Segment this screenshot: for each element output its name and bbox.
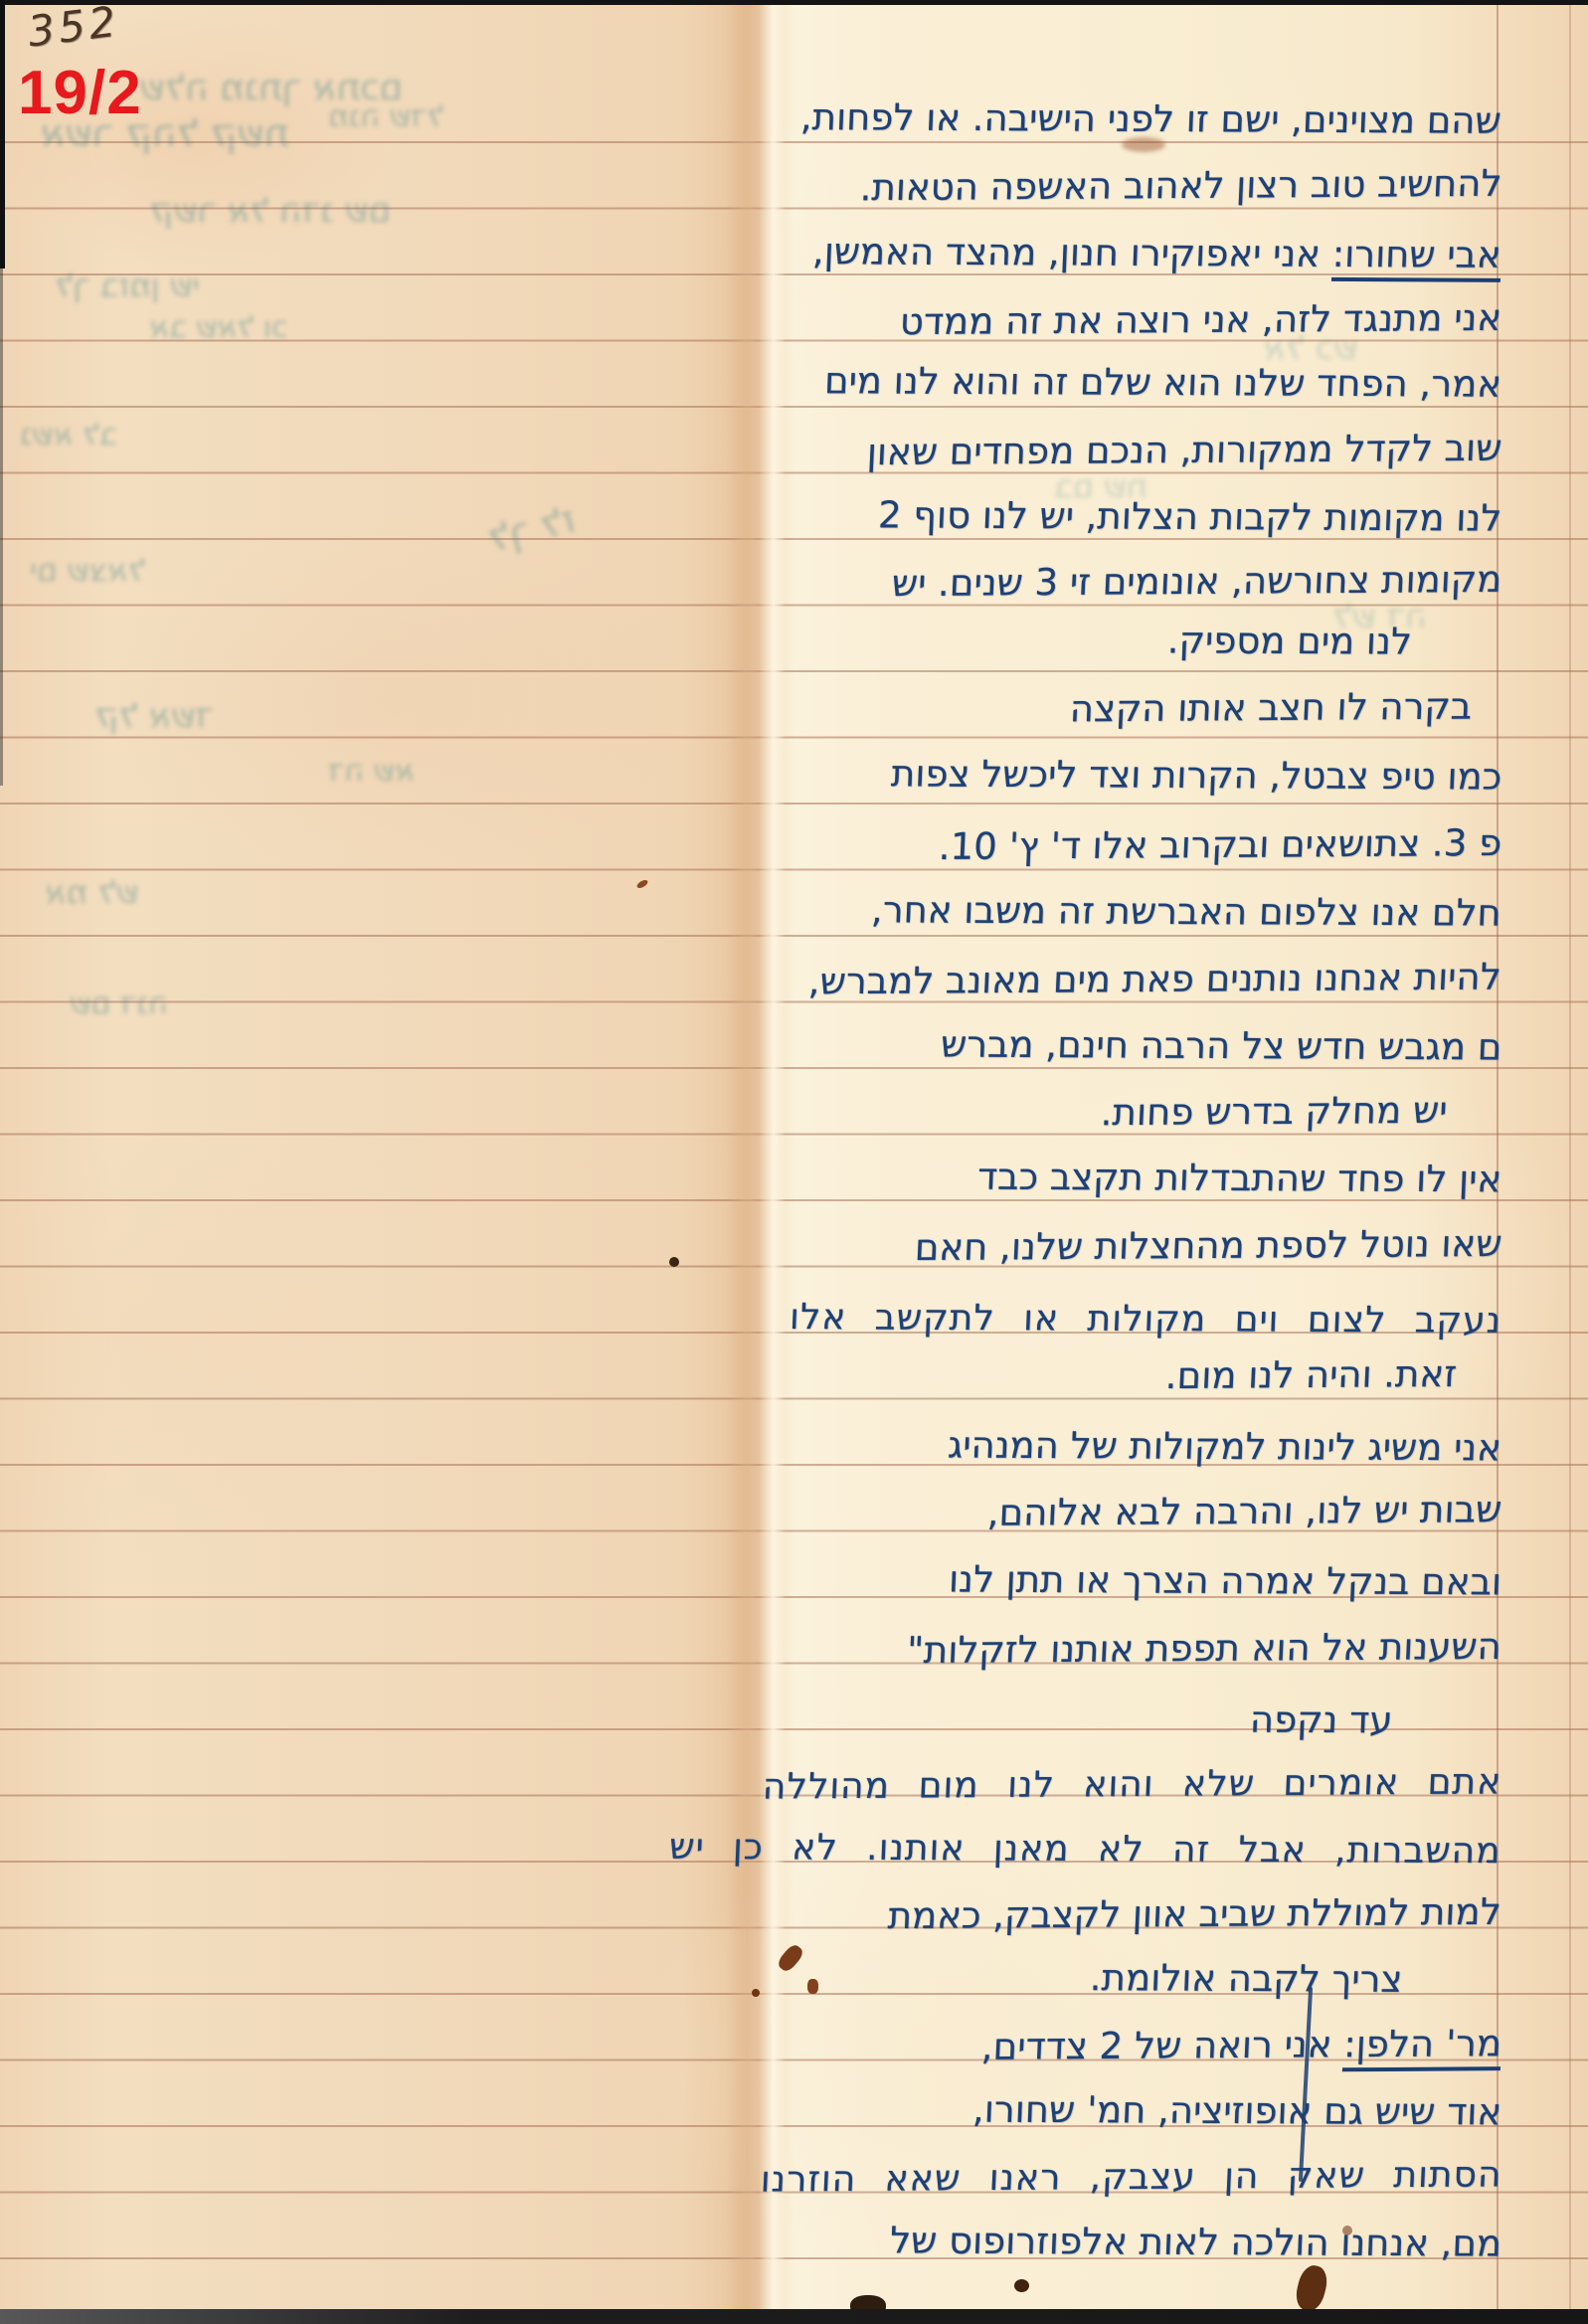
manuscript-line: הסתות שאק הן עצבק, ראנו שאא הוזרנו bbox=[759, 2144, 1502, 2211]
manuscript-line: שבות יש לנו, והרבה לבא אלוהם, bbox=[985, 1479, 1502, 1544]
manuscript-line: נעקב לצום וים מקולות או לתקשב אלו bbox=[789, 1287, 1503, 1352]
manuscript-line: ם מגבש חדש צל הרבה חינם, מברש bbox=[939, 1014, 1502, 1079]
archive-stamp: 19/2 bbox=[18, 58, 142, 128]
manuscript-line: שוב לקדל ממקורות, הנכם מפחדים שאון bbox=[865, 418, 1502, 483]
bleed-through-text: ים שצאל bbox=[30, 553, 145, 589]
ink-spot bbox=[669, 1257, 679, 1267]
bleed-through-text: שם דנה bbox=[70, 986, 168, 1021]
bleed-through-text: מנה שדל bbox=[328, 99, 443, 134]
manuscript-line: צריך לקבה אולומת. bbox=[1088, 1947, 1403, 2011]
manuscript-line: אני משיג לינות למקולות של המנהיג bbox=[947, 1415, 1502, 1480]
manuscript-line-text: אני יאפוקירו חנון, מהצד האמשן, bbox=[811, 230, 1332, 275]
scan-edge-bottom bbox=[0, 2309, 1588, 2324]
manuscript-line: כמו טיפ צבטל, הקרות וצד ליכשל צפות bbox=[889, 743, 1502, 807]
manuscript-line: אין לו פחד שהתבדלות תקצב כבד bbox=[976, 1147, 1503, 1211]
scan-edge-left-faint bbox=[0, 268, 3, 786]
manuscript-line: מקומות צחורשה, אונומים זי 3 שנים. יש bbox=[890, 549, 1502, 615]
manuscript-line: השענות אל הוא תפפת אותנו לזקלות" bbox=[906, 1616, 1503, 1682]
bleed-through-text: לך בזמן שי bbox=[55, 267, 200, 304]
bleed-through-text: קל אשד bbox=[94, 696, 214, 736]
manuscript-line: להיות אנחנו נותנים פאת מים מאונב למברש, bbox=[807, 947, 1503, 1013]
manuscript-line: לנו מים מספיק. bbox=[1166, 610, 1413, 672]
scan-edge-left bbox=[0, 0, 5, 268]
manuscript-line: יש מחלק בדרש פחות. bbox=[1099, 1080, 1448, 1144]
bleed-through-text: קשר אל הדנ שם bbox=[149, 191, 391, 231]
ink-stain bbox=[807, 1979, 818, 1994]
bleed-through-text: אמ לש bbox=[45, 873, 138, 911]
bleed-through-text: אב שאל וכ bbox=[149, 310, 287, 345]
manuscript-line: עד נקפה bbox=[1248, 1690, 1393, 1752]
manuscript-line: אבי שחורו: אני יאפוקירו חנון, מהצד האמשן… bbox=[811, 221, 1502, 286]
manuscript-line: אמר, הפחד שלנו הוא שלם זה והוא לנו מים bbox=[823, 350, 1502, 416]
ink-spot bbox=[1342, 2226, 1352, 2235]
bleed-through-text: נשא לב bbox=[20, 418, 116, 452]
manuscript-line: פ 3. צתושאים ובקרוב אלו ד' ץ' 10. bbox=[937, 812, 1502, 878]
speaker-name-underlined: מר' הלפן: bbox=[1342, 2022, 1502, 2071]
manuscript-line: אני מתנגד לזה, אני רוצה את זה ממדט bbox=[898, 287, 1502, 353]
manuscript-line: מהשברות, אבל זה לא מאנן אותנו. לא כן יש bbox=[668, 1817, 1502, 1882]
manuscript-line: זאת. והיה לנו מום. bbox=[1163, 1343, 1458, 1407]
manuscript-line-text: אני רואה של 2 צדדים, bbox=[980, 2023, 1344, 2068]
manuscript-line: מר' הלפן: אני רואה של 2 צדדים, bbox=[979, 2013, 1502, 2078]
ink-spot bbox=[752, 1989, 760, 1997]
manuscript-text: שהם מצוינים, ישם זו לפני הישיבה. או לפחו… bbox=[527, 0, 1501, 2324]
manuscript-line: להחשיב טוב רצון לאהוב האשפה הטאות. bbox=[858, 153, 1502, 220]
manuscript-line: למות למוללת שביב אוון לקצבק, כאמת bbox=[887, 1881, 1503, 1947]
speaker-name-underlined: אבי שחורו: bbox=[1331, 233, 1502, 282]
manuscript-line: שאו נוטל לספת מהחצלות שלנו, חאם bbox=[913, 1213, 1502, 1279]
page-number-handwritten: 352 bbox=[25, 0, 121, 56]
bleed-through-text: דה שא bbox=[328, 754, 415, 789]
manuscript-line: ובאם בנקל אמרה הצרך או תתן לנו bbox=[948, 1549, 1502, 1614]
ink-spot bbox=[1014, 2279, 1029, 2292]
manuscript-line: מם, אנחנו הולכה לאות אלפוזרופוס של bbox=[889, 2210, 1503, 2274]
manuscript-line: לנו מקומות לקבות הצלות, יש לנו סוף 2 bbox=[876, 484, 1502, 549]
scan-edge-top bbox=[0, 0, 1588, 5]
manuscript-line: אוד שיש גם אופוזיציה, חמ' שחורו, bbox=[971, 2079, 1503, 2144]
ink-smudge bbox=[1122, 137, 1165, 152]
manuscript-line: חלם אנו צלפום האברשת זה משבו אחר, bbox=[870, 879, 1502, 944]
manuscript-line: בקרה לו חצב אותו הקצה bbox=[1068, 676, 1473, 741]
manuscript-line: אתם אומרים שלא והוא לנו מום מהוללה bbox=[761, 1751, 1502, 1818]
scanned-notebook-page: שלה מנתך אתכם אשר קהל קשת מנה שדל קשר אל… bbox=[0, 0, 1588, 2324]
right-fold-line bbox=[1569, 0, 1571, 2324]
